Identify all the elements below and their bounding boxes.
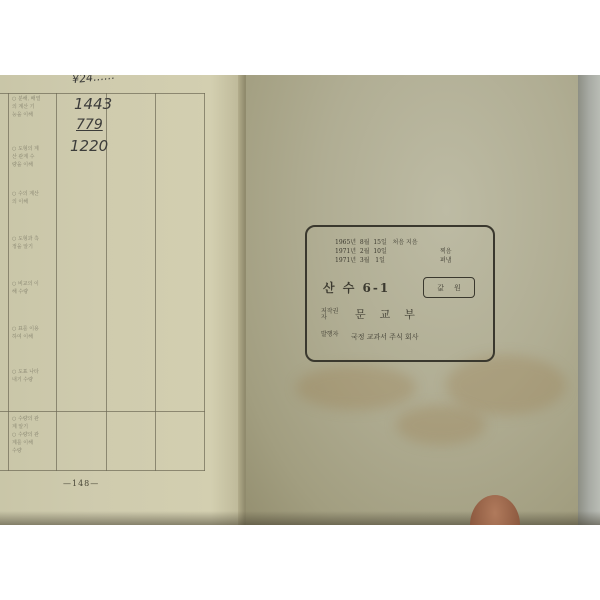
table-cell-text: ○ 비교의 이 해 수량 — [12, 280, 57, 296]
table-cell-text: ○ 도표 나타 내기 수량 — [12, 368, 57, 384]
date-row: 1965년 8월 15일 처음 지음 — [335, 239, 418, 246]
price-label: 값 — [437, 283, 444, 293]
publisher-label: 발행자 — [321, 332, 343, 338]
left-page: ○ 분해, 배열 의 계산 기 능을 이해 ○ 도형의 계 산 관계 수 량을 … — [0, 75, 248, 525]
table-cell-text: ○ 도형과 측 정을 알기 — [12, 235, 57, 251]
copyright-label: 저작권자 — [321, 309, 343, 321]
price-box: 값 원 — [423, 277, 475, 298]
publisher-name: 국정 교과서 주식 회사 — [351, 334, 419, 341]
table-grid — [0, 75, 248, 525]
colophon-stamp: 1965년 8월 15일 처음 지음 1971년 2월 10일찍음 1971년 … — [305, 225, 495, 362]
page-edge — [578, 75, 600, 525]
table-cell-text: ○ 분해, 배열 의 계산 기 능을 이해 — [12, 95, 57, 119]
handwritten-number: 779 — [76, 117, 103, 133]
price-unit: 원 — [454, 283, 461, 293]
date-row: 1971년 2월 10일찍음 — [335, 248, 387, 255]
table-cell-text: ○ 수의 계산 의 이해 — [12, 190, 57, 206]
copyright-holder: 문 교 부 — [355, 309, 415, 321]
table-cell-text: ○ 수량의 관 계 알기 ○ 수량의 관 계를 이해 수량 — [12, 415, 57, 455]
handwritten-number: 1220 — [70, 137, 108, 155]
table-cell-text: ○ 도형의 계 산 관계 수 량을 이해 — [12, 145, 57, 169]
date-row: 1971년 3월 1일펴냄 — [335, 257, 385, 264]
handwritten-number: 1443 — [74, 95, 112, 113]
page-number: —148— — [63, 479, 99, 488]
book-photo: ○ 분해, 배열 의 계산 기 능을 이해 ○ 도형의 계 산 관계 수 량을 … — [0, 75, 600, 525]
table-cell-text: ○ 표를 이용 하여 이해 — [12, 325, 57, 341]
book-title: 산 수 6-1 — [323, 279, 390, 296]
